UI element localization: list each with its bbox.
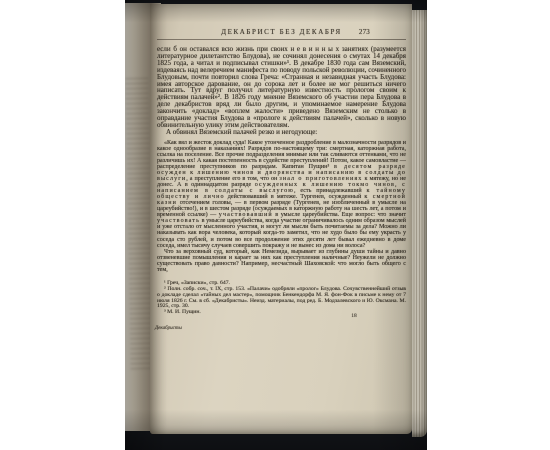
block-quote: «Как вял и жесток доклад суда! Какое уто… — [157, 140, 406, 273]
signature-number: 18 — [351, 313, 357, 319]
printed-text-block: ДЕКАБРИСТ БЕЗ ДЕКАБРЯ 273 если б он оста… — [157, 28, 406, 338]
running-head-row: ДЕКАБРИСТ БЕЗ ДЕКАБРЯ 273 — [157, 28, 406, 40]
body-paragraph: А обвинял Вяземский палачей резко и него… — [157, 129, 406, 136]
signature-row: 18 Декабристы — [157, 322, 406, 338]
body-text: если б он оставался всю жизнь при своих … — [157, 46, 406, 136]
running-head-title: ДЕКАБРИСТ БЕЗ ДЕКАБРЯ — [221, 28, 342, 36]
book-photo: ДЕКАБРИСТ БЕЗ ДЕКАБРЯ 273 если б он оста… — [125, 0, 427, 450]
quote-paragraph: «Как вял и жесток доклад суда! Какое уто… — [157, 140, 406, 249]
right-page: ДЕКАБРИСТ БЕЗ ДЕКАБРЯ 273 если б он оста… — [150, 4, 412, 434]
quote-segment: Что за верховный суд, который, как Немез… — [157, 249, 406, 273]
fore-edge-page-stack — [412, 10, 427, 437]
signature-label: Декабристы — [155, 326, 182, 331]
footnotes: ¹ Греч, «Записки», стр. 647.² Полн. собр… — [157, 281, 406, 316]
quote-paragraph: Что за верховный суд, который, как Немез… — [157, 249, 406, 273]
open-book-pages: ДЕКАБРИСТ БЕЗ ДЕКАБРЯ 273 если б он оста… — [125, 3, 427, 437]
body-paragraph: если б он оставался всю жизнь при своих … — [157, 46, 406, 129]
footnote-item: ² Полн. собр. соч., т. IX, стр. 153. «Па… — [157, 287, 406, 311]
page-number: 273 — [359, 28, 370, 36]
screenshot-canvas: ДЕКАБРИСТ БЕЗ ДЕКАБРЯ 273 если б он оста… — [0, 0, 550, 450]
footnote-item: ³ М. И. Пущин. — [157, 310, 406, 316]
